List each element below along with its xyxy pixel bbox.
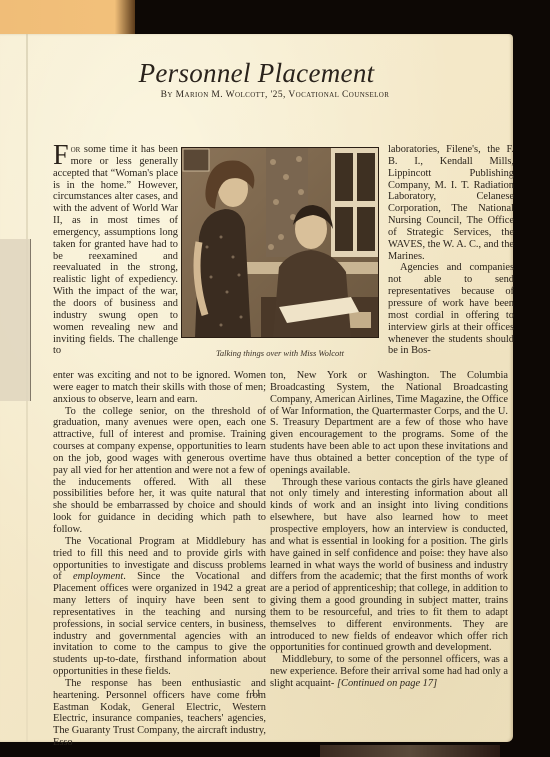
- paragraph: enter was exciting and not to be ignored…: [53, 370, 266, 406]
- article-photo: [181, 147, 379, 338]
- article-title: Personnel Placement: [0, 58, 513, 89]
- paragraph: Agencies and companies not able to send …: [388, 262, 514, 357]
- article-byline: By Marion M. Wolcott, '25, Vocational Co…: [0, 90, 550, 100]
- photo-illustration: [181, 147, 379, 338]
- opening-paragraph: For some time it has been more or less g…: [53, 144, 178, 357]
- column-right-bottom: ton, New York or Washington. The Columbi…: [270, 370, 508, 690]
- paragraph: The Vocational Program at Middlebury has…: [53, 536, 266, 678]
- paragraph: laboratories, Filene's, the F. B. I., Ke…: [388, 144, 514, 262]
- paragraph-text: . Since the Vocational and Placement off…: [53, 571, 266, 677]
- paragraph: To the college senior, on the threshold …: [53, 406, 266, 536]
- photo-caption: Talking things over with Miss Wolcott: [181, 348, 379, 358]
- page-number: 11: [0, 688, 513, 698]
- column-right-top: laboratories, Filene's, the F. B. I., Ke…: [388, 144, 514, 357]
- binder-tab: [0, 0, 135, 38]
- opening-smallcaps: or: [71, 144, 81, 155]
- paragraph: Through these various contacts the girls…: [270, 477, 508, 655]
- background-strip: [320, 745, 500, 757]
- column-left-top: For some time it has been more or less g…: [53, 144, 178, 357]
- emphasis-text: employment: [73, 571, 123, 582]
- paper-insert: [0, 239, 31, 401]
- drop-cap: F: [53, 145, 69, 167]
- paragraph: ton, New York or Washington. The Columbi…: [270, 370, 508, 477]
- opening-text: some time it has been more or less gener…: [53, 144, 178, 356]
- paragraph: Middlebury, to some of the personnel off…: [270, 654, 508, 690]
